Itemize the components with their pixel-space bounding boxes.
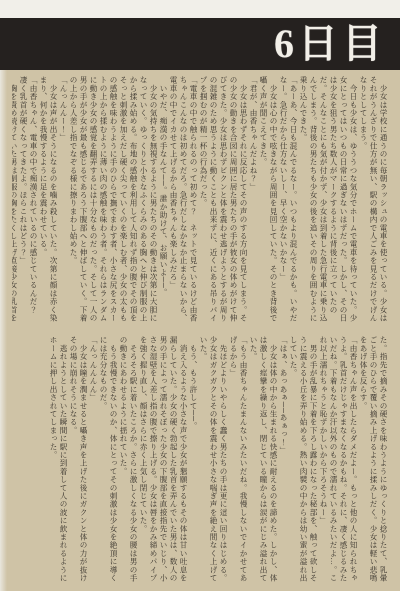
story-text-lower: た。指先で摘みその硬さを味わうようにゆっくりと捻りたて、乳暈ごと手のひらで覆い摘… <box>12 336 388 586</box>
chapter-title: 6日目 <box>274 24 386 64</box>
paragraph: 胸を責め続けていた男は制服の胸をたくし上げ直接少女の乳首を摘み始め <box>12 76 18 330</box>
book-page: 6日目 少女は学校に通うのに毎朝ラッシュの電車を使っている。少女はそれがうんざり… <box>0 0 400 591</box>
paragraph: いやだ、痴漢の手なんて──。誰か助けて、お願いよ──。 <box>158 76 168 330</box>
paragraph: 「由香ちゃん声を出したらダメだよー。もっと他の人に知られちゃうよ。乳首だけじゃす… <box>318 336 358 586</box>
paragraph: 少女は体の中から生まれる快感に耐えるのを諦めた。しかし、体は激しく痙攣を繰り返し… <box>248 336 278 586</box>
paragraph: もう我慢できないのか、体にとってその刺激は少女を絶頂に導くには充分なものだ。 <box>98 336 118 586</box>
paragraph: 「んっんんんん」 <box>88 336 98 586</box>
paragraph: 消え入るような小さな声で少女が懇願するもその体は甘い吐息を漏らしていた。少女の硬… <box>138 336 188 586</box>
paragraph: 少女の気持ちを無視するように男たちのその動きは次第に大胆になっていく。ゆっくりと… <box>68 76 158 330</box>
paragraph: そろそろ駅に着いたころか。さらに激しくなる少女の腰は男の手の動きにあわせるように… <box>118 336 138 586</box>
page-top-margin <box>0 0 400 18</box>
paragraph: 「あーあ、今日も混んでるなー。いつもより混んでるかも。いやだなー。急行だから仕方… <box>278 76 298 330</box>
paragraph: もう、もう許して──。 <box>188 336 198 586</box>
paragraph: 「もう由香ちゃんたまんないみたいだね。我慢しないでイかせてあげるから」 <box>228 336 248 586</box>
paragraph: 逃れようとしていた瞬間に駅に到着して人の波に飲まれるようにホームに押し出されてし… <box>48 336 68 586</box>
chapter-banner: 6日目 <box>0 18 400 70</box>
paragraph: 少女は学校に通うのに毎朝ラッシュの電車を使っている。少女はそれがうんざりで仕方が… <box>358 76 388 330</box>
paragraph: た。指先で摘みその硬さを味わうようにゆっくりと捻りたて、乳暈ごと手のひらで覆い摘… <box>358 336 388 586</box>
paragraph: 「はぁ、あっあぁ──あぁっ！」 <box>278 336 288 586</box>
paragraph: 少女は心の中で呟きながら周囲を見回していた。そのとき背後で囁く声が聞こえてきた。 <box>258 76 278 330</box>
paragraph: 少女は瞳を潤ませると囁き声を上げた後にガクンと体の力が抜けその場に崩れそうになる… <box>68 336 88 586</box>
paragraph: 少女は声が出そうになるのを噛み殺していた。次第に顔は赤く染まり、何かを我慢するよ… <box>38 76 58 330</box>
paragraph: 少女は思わずそれに反応してその声のする方向を見てしまう。その少女の動きを合図に周… <box>198 76 248 330</box>
paragraph: 「んっんんー！」 <box>58 76 68 330</box>
paragraph: 男の手が乱暴に下着を下ろし露わになった秘部を、触って欲しそうに震える小丘を弄り始… <box>288 336 318 586</box>
page-edge <box>0 70 7 591</box>
paragraph: 「由香ちゃん、電車の中で痴漢されているのに感じているんだ？ 凄く乳首が硬くなって… <box>18 76 38 330</box>
paragraph: 「君が、由香ちゃんだよね？」 <box>248 76 258 330</box>
paragraph: 今日も少女は、ゆううつな気分でホームで電車を待っていた。少女にとってはいつもの日… <box>298 76 358 330</box>
story-text-upper: 少女は学校に通うのに毎朝ラッシュの電車を使っている。少女はそれがうんざりで仕方が… <box>12 76 388 330</box>
paragraph: 先ほどよりいやらしく蠢く男たちの手は更に這い回りはじめる。少女はガクガクとその体… <box>198 336 228 586</box>
paragraph: 「電車の中で触られるのって初めて？ ネットで見ているけど由香ちゃんこんなのは初め… <box>168 76 198 330</box>
